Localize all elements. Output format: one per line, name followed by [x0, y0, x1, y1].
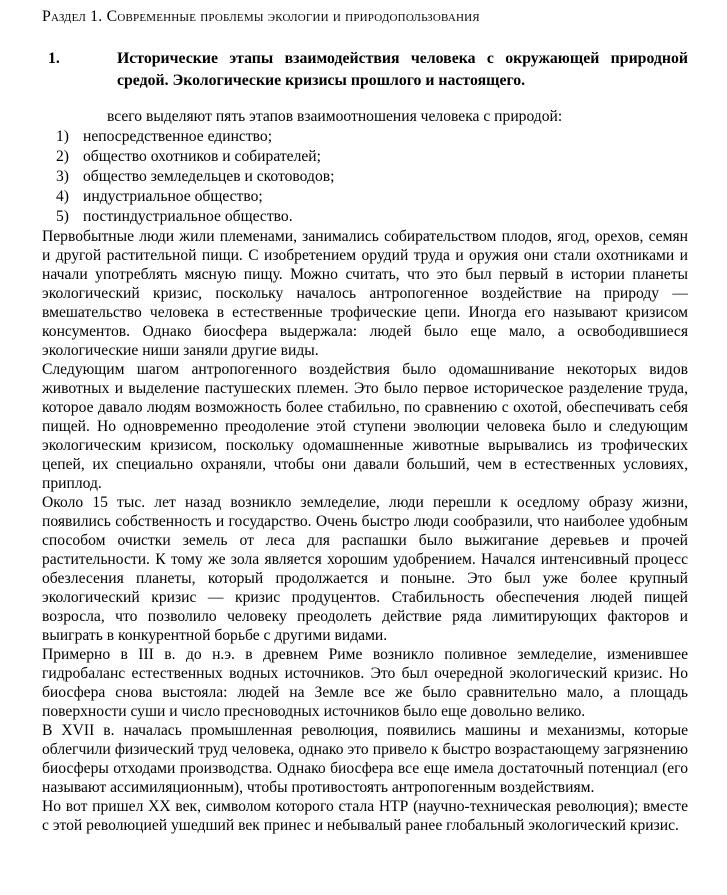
stage-item-number: 5)	[42, 207, 83, 227]
stage-item-number: 4)	[42, 187, 83, 207]
paragraph: Примерно в III в. до н.э. в древнем Риме…	[42, 645, 688, 721]
paragraph: Около 15 тыс. лет назад возникло земледе…	[42, 493, 688, 645]
document-page: Раздел 1. Современные проблемы экологии …	[0, 0, 727, 895]
stage-item: 5) постиндустриальное общество.	[42, 207, 688, 227]
stage-item-text: постиндустриальное общество.	[83, 207, 688, 227]
stage-item-text: общество охотников и собирателей;	[83, 147, 688, 167]
section-header: Раздел 1. Современные проблемы экологии …	[42, 8, 688, 26]
paragraph: В XVII в. началась промышленная революци…	[42, 721, 688, 797]
intro-line: всего выделяют пять этапов взаимоотношен…	[42, 107, 688, 127]
stage-item-text: индустриальное общество;	[83, 187, 688, 207]
stage-item-number: 2)	[42, 147, 83, 167]
stage-item: 1) непосредственное единство;	[42, 127, 688, 147]
topic-number: 1.	[42, 48, 117, 91]
stage-item-number: 1)	[42, 127, 83, 147]
paragraph: Следующим шагом антропогенного воздейств…	[42, 360, 688, 493]
stages-list: 1) непосредственное единство; 2) обществ…	[42, 127, 688, 227]
stage-item: 3) общество земледельцев и скотоводов;	[42, 167, 688, 187]
topic-heading: 1. Исторические этапы взаимодействия чел…	[42, 48, 688, 91]
paragraph: Но вот пришел XX век, символом которого …	[42, 797, 688, 835]
paragraph: Первобытные люди жили племенами, занимал…	[42, 227, 688, 360]
stage-item-text: общество земледельцев и скотоводов;	[83, 167, 688, 187]
body-text: Первобытные люди жили племенами, занимал…	[42, 227, 688, 835]
stage-item: 4) индустриальное общество;	[42, 187, 688, 207]
stage-item-number: 3)	[42, 167, 83, 187]
stage-item: 2) общество охотников и собирателей;	[42, 147, 688, 167]
stage-item-text: непосредственное единство;	[83, 127, 688, 147]
topic-title: Исторические этапы взаимодействия челове…	[117, 48, 688, 91]
